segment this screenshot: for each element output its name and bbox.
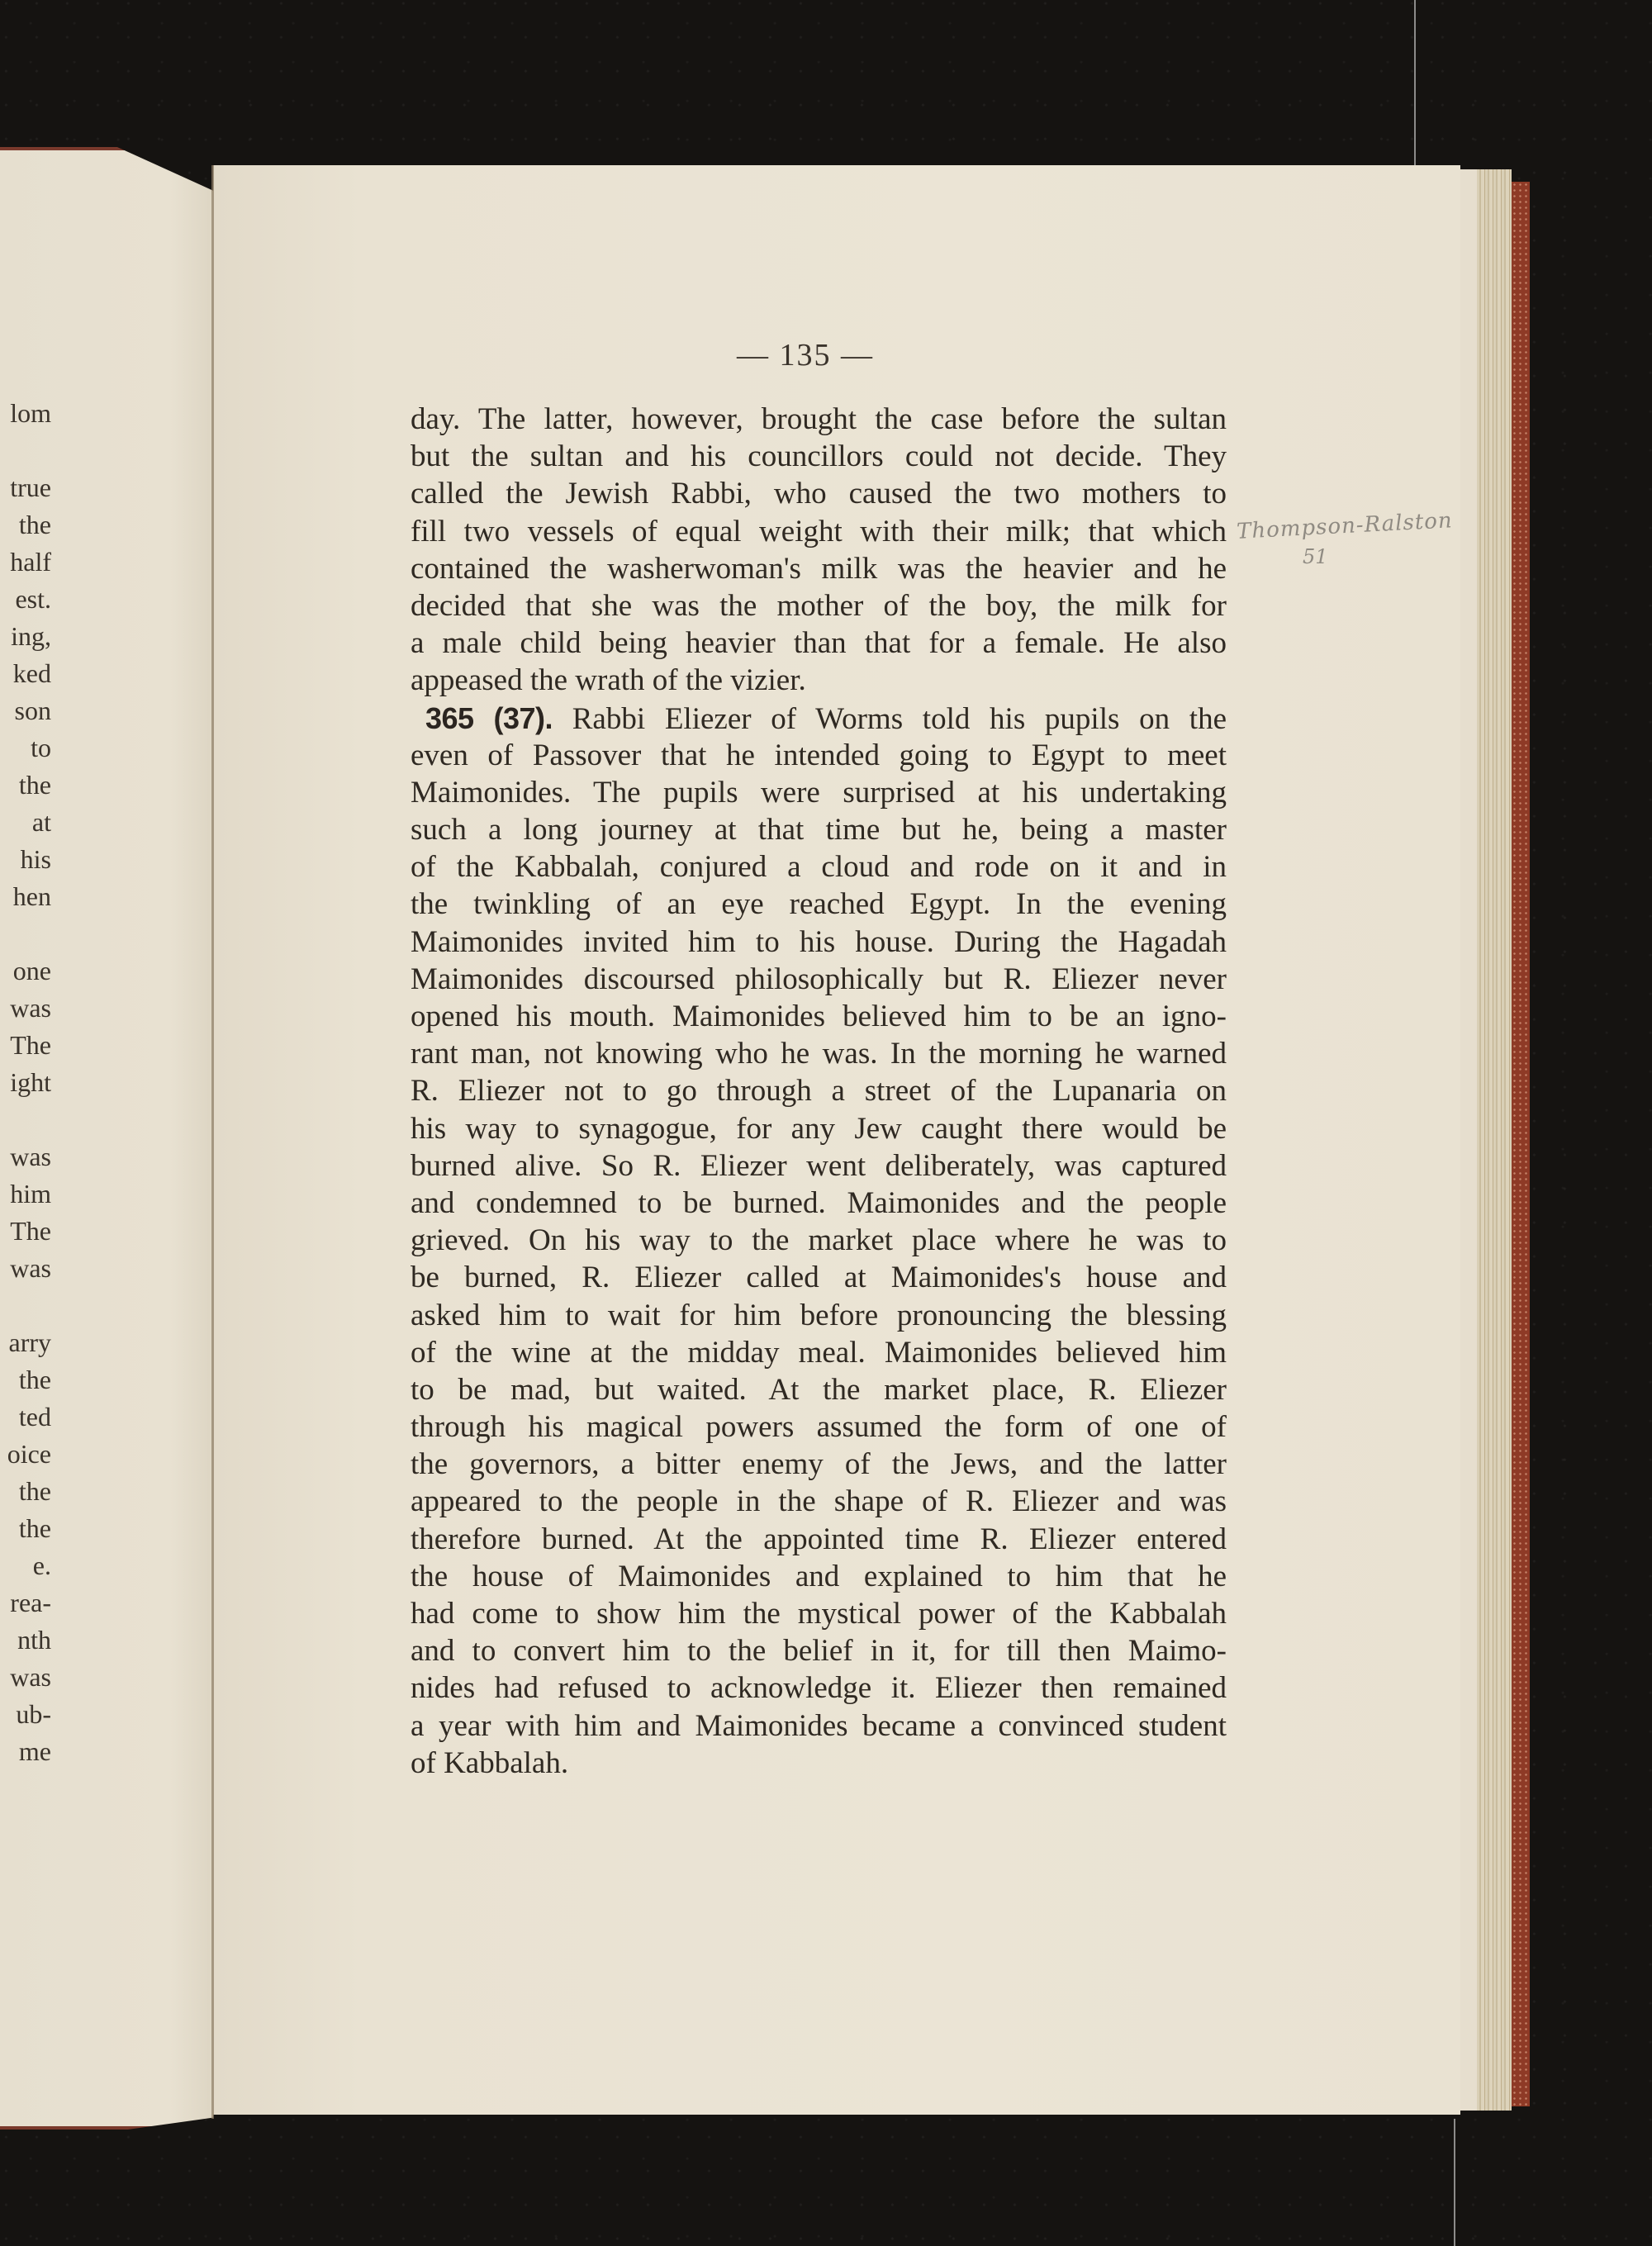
text-line: appeased the wrath of the vizier. [411,662,1227,699]
entry-365: 365 (37). Rabbi Eliezer of Worms told hi… [411,700,1227,1782]
left-line: nth [0,1622,51,1659]
text-line: contained the washerwoman's milk was the… [411,550,1227,587]
left-line: arry [0,1324,51,1361]
left-line: son [0,692,51,729]
left-line: at [0,804,51,841]
left-line: hen [0,878,51,915]
text-line: fill two vessels of equal weight with th… [411,513,1227,550]
left-line: was [0,1138,51,1175]
text-line: Maimonides invited him to his house. Dur… [411,924,1227,961]
page-number: — 135 — [0,337,1611,373]
book-gutter [211,165,214,2119]
text-line: his way to synagogue, for any Jew caught… [411,1110,1227,1147]
left-line [0,915,51,952]
entry-number: 365 (37). [425,701,553,735]
left-line: the [0,1473,51,1510]
text-line: nides had refused to acknowledge it. Eli… [411,1669,1227,1707]
text-line: rant man, not knowing who he was. In the… [411,1035,1227,1072]
paragraph-continued: day. The latter, however, brought the ca… [411,401,1227,700]
left-line: the [0,1510,51,1547]
text-line: through his magical powers assumed the f… [411,1408,1227,1446]
left-line: me [0,1733,51,1770]
text-line: Maimonides discoursed philosophically bu… [411,961,1227,998]
left-line: ing, [0,618,51,655]
text-line: R. Eliezer not to go through a street of… [411,1072,1227,1109]
text-line: of Kabbalah. [411,1745,1227,1782]
left-line: was [0,990,51,1027]
left-line: The [0,1213,51,1250]
text-line: of the Kabbalah, conjured a cloud and ro… [411,848,1227,886]
left-line: The [0,1027,51,1064]
text-line: and to convert him to the belief in it, … [411,1632,1227,1669]
left-line: est. [0,581,51,618]
text-line: the twinkling of an eye reached Egypt. I… [411,886,1227,923]
left-page-text: lom true the half est. ing, ked son to t… [0,395,51,1770]
left-line: the [0,1361,51,1398]
pencil-margin-number: 51 [1303,545,1328,568]
text-line: Maimonides. The pupils were surprised at… [411,774,1227,811]
left-line: e. [0,1547,51,1584]
text-line: the governors, a bitter enemy of the Jew… [411,1446,1227,1483]
text-line: but the sultan and his councillors could… [411,438,1227,475]
book-cover-edge [1512,182,1530,2106]
left-line: rea- [0,1584,51,1622]
left-line: was [0,1659,51,1696]
left-line: was [0,1250,51,1287]
left-line [0,1101,51,1138]
left-line: oice [0,1436,51,1473]
text-line: appeared to the people in the shape of R… [411,1483,1227,1520]
entry-first-line-text: Rabbi Eliezer of Worms told his pupils o… [572,702,1227,736]
left-line [0,1287,51,1324]
page-body: day. The latter, however, brought the ca… [411,401,1227,1782]
support-wire-bottom [1454,2119,1455,2246]
text-line: asked him to wait for him before pronoun… [411,1297,1227,1334]
left-line [0,432,51,469]
left-line: one [0,952,51,990]
text-line: be burned, R. Eliezer called at Maimonid… [411,1259,1227,1296]
text-line: grieved. On his way to the market place … [411,1222,1227,1259]
text-line: even of Passover that he intended going … [411,737,1227,774]
left-line: true [0,469,51,506]
left-line: ted [0,1398,51,1436]
text-line: day. The latter, however, brought the ca… [411,401,1227,438]
left-line: lom [0,395,51,432]
text-line: a year with him and Maimonides became a … [411,1707,1227,1745]
left-line: his [0,841,51,878]
left-line: the [0,767,51,804]
left-line: ight [0,1064,51,1101]
support-wire-top [1414,0,1416,178]
text-line: therefore burned. At the appointed time … [411,1521,1227,1558]
left-line: half [0,544,51,581]
left-line: ked [0,655,51,692]
text-line: a male child being heavier than that for… [411,624,1227,662]
left-line: the [0,506,51,544]
text-line: decided that she was the mother of the b… [411,587,1227,624]
left-line: him [0,1175,51,1213]
left-line: to [0,729,51,767]
text-line: had come to show him the mystical power … [411,1595,1227,1632]
left-line: ub- [0,1696,51,1733]
text-line: of the wine at the midday meal. Maimonid… [411,1334,1227,1371]
entry-first-line: 365 (37). Rabbi Eliezer of Worms told hi… [411,700,1227,737]
text-line: the house of Maimonides and explained to… [411,1558,1227,1595]
text-line: to be mad, but waited. At the market pla… [411,1371,1227,1408]
text-line: and condemned to be burned. Maimonides a… [411,1185,1227,1222]
text-line: such a long journey at that time but he,… [411,811,1227,848]
text-line: burned alive. So R. Eliezer went deliber… [411,1147,1227,1185]
text-line: opened his mouth. Maimonides believed hi… [411,998,1227,1035]
text-line: called the Jewish Rabbi, who caused the … [411,475,1227,512]
page-fore-edge-front [1460,169,1477,2111]
